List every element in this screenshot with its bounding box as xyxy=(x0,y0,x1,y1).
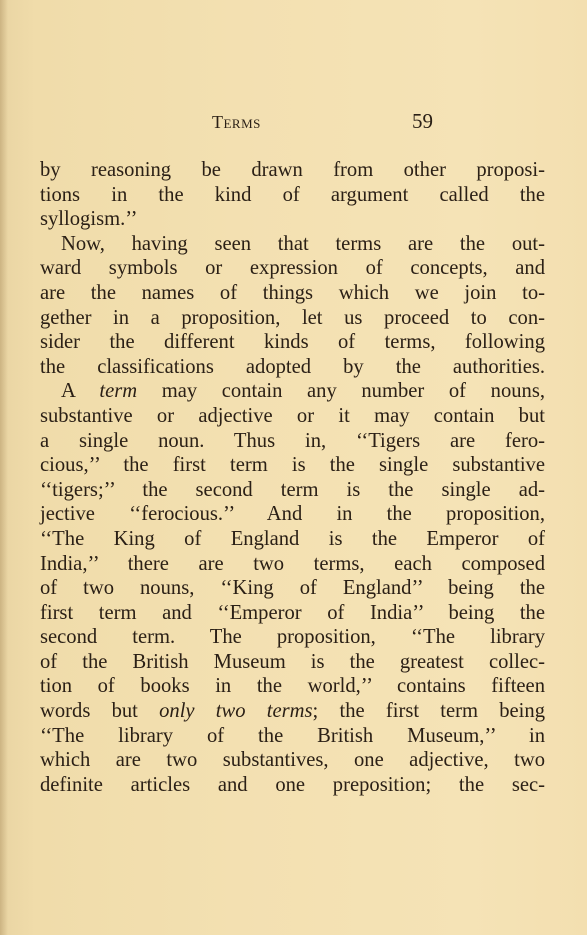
text-segment: A xyxy=(61,380,99,402)
italic-term: term xyxy=(99,380,137,402)
text-line: ‘‘The library of the British Museum,’’ i… xyxy=(40,724,545,749)
text-line: substantive or adjective or it may conta… xyxy=(40,404,545,429)
text-line: of two nouns, ‘‘King of England’’ being … xyxy=(40,576,545,601)
text-line: India,’’ there are two terms, each compo… xyxy=(40,552,545,577)
text-line: syllogism.’’ xyxy=(40,207,545,232)
running-title: Terms xyxy=(212,112,261,133)
page-edge-shadow xyxy=(0,0,8,935)
text-line: ward symbols or expression of concepts, … xyxy=(40,256,545,281)
text-line: the classifications adopted by the autho… xyxy=(40,355,545,380)
text-line: first term and ‘‘Emperor of India’’ bein… xyxy=(40,601,545,626)
body-text: by reasoning be drawn from other proposi… xyxy=(40,158,545,797)
text-segment: may contain any number of nouns, xyxy=(137,380,545,402)
text-line: jective ‘‘ferocious.’’ And in the propos… xyxy=(40,502,545,527)
italic-emphasis: only two terms xyxy=(159,700,312,722)
text-line: cious,’’ the first term is the single su… xyxy=(40,453,545,478)
text-line: ‘‘The King of England is the Emperor of xyxy=(40,527,545,552)
paragraph-start-line: A term may contain any number of nouns, xyxy=(40,379,545,404)
running-head: Terms 59 xyxy=(212,112,432,136)
text-segment: words but xyxy=(40,700,159,722)
text-line: of the British Museum is the greatest co… xyxy=(40,650,545,675)
text-line: gether in a proposition, let us proceed … xyxy=(40,306,545,331)
text-line: which are two substantives, one adjectiv… xyxy=(40,748,545,773)
paragraph-start-line: Now, having seen that terms are the out- xyxy=(40,232,545,257)
text-line: tion of books in the world,’’ contains f… xyxy=(40,674,545,699)
text-line: words but only two terms; the first term… xyxy=(40,699,545,724)
text-line: are the names of things which we join to… xyxy=(40,281,545,306)
text-line: tions in the kind of argument called the xyxy=(40,183,545,208)
text-line: definite articles and one preposition; t… xyxy=(40,773,545,798)
text-line: ‘‘tigers;’’ the second term is the singl… xyxy=(40,478,545,503)
text-line: second term. The proposition, ‘‘The libr… xyxy=(40,625,545,650)
text-line: a single noun. Thus in, ‘‘Tigers are fer… xyxy=(40,429,545,454)
text-line: by reasoning be drawn from other proposi… xyxy=(40,158,545,183)
page-number: 59 xyxy=(412,109,433,134)
text-line: sider the different kinds of terms, foll… xyxy=(40,330,545,355)
text-segment: ; the first term being xyxy=(313,700,545,722)
